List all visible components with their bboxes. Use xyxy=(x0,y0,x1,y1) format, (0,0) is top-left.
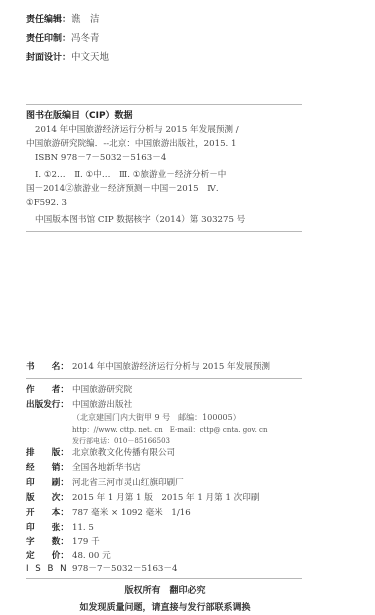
cip-record: 中国版本图书馆 CIP 数据核字（2014）第 303275 号 xyxy=(35,214,245,226)
credit-value: 冯冬青 xyxy=(71,33,100,44)
footer-rule xyxy=(26,578,302,579)
edition-row: 版 次：2015 年 1 月第 1 版 2015 年 1 月第 1 次印刷 xyxy=(26,492,259,504)
field-value: 河北省三河市灵山红旗印刷厂 xyxy=(72,478,184,488)
quality-notice: 如发现质量问题，请直接与发行部联系调换 xyxy=(0,600,330,613)
field-value: 48. 00 元 xyxy=(72,551,111,561)
field-value: 中国旅游研究院 xyxy=(72,385,132,395)
field-label: 出版发行： xyxy=(26,399,72,411)
cip-line: 2014 年中国旅游经济运行分析与 2015 年发展预测 / xyxy=(35,124,239,136)
cip-line: 中国旅游研究院编．--北京：中国旅游出版社，2015. 1 xyxy=(26,138,237,150)
isbn-row: I S B N978－7－5032－5163－4 xyxy=(26,563,177,575)
field-value: 全国各地新华书店 xyxy=(72,463,141,473)
field-label: 版 次： xyxy=(26,492,72,504)
field-value: 2014 年中国旅游经济运行分析与 2015 年发展预测 xyxy=(72,362,270,372)
typesetting-row: 排 版：北京旅教文化传播有限公司 xyxy=(26,447,175,459)
field-value: 北京旅教文化传播有限公司 xyxy=(72,448,175,458)
cip-bottom-rule xyxy=(26,231,302,232)
format-row: 开 本：787 毫米 × 1092 毫米 1/16 xyxy=(26,507,191,519)
publisher-web: http：//www. cttp. net. cn E-mail：cttp@ c… xyxy=(72,425,267,435)
cip-line: Ⅰ. ①2… Ⅱ. ①中… Ⅲ. ①旅游业－经济分析－中 xyxy=(35,169,226,181)
field-label: 定 价： xyxy=(26,550,72,562)
field-label: I S B N xyxy=(26,563,72,575)
printer-row: 印 刷：河北省三河市灵山红旗印刷厂 xyxy=(26,477,184,489)
publisher-address: （北京建国门内大街甲 9 号 邮编：100005） xyxy=(72,413,241,423)
field-label: 字 数： xyxy=(26,536,72,548)
title-rule xyxy=(26,378,302,379)
author-row: 作 者：中国旅游研究院 xyxy=(26,384,132,396)
cip-line: 国－2014②旅游业－经济预测－中国－2015 Ⅳ. xyxy=(26,183,219,195)
field-value: 179 千 xyxy=(72,537,100,547)
distribution-row: 经 销：全国各地新华书店 xyxy=(26,462,141,474)
credit-label: 责任编辑： xyxy=(26,15,71,25)
credit-editor: 责任编辑：谯 洁 xyxy=(26,14,100,26)
copyright-notice: 版权所有 翻印必究 xyxy=(0,583,330,596)
field-value: 中国旅游出版社 xyxy=(72,400,132,410)
cip-line: ①F592. 3 xyxy=(26,197,67,209)
cip-top-rule xyxy=(26,104,302,105)
field-label: 印 张： xyxy=(26,522,72,534)
field-label: 经 销： xyxy=(26,462,72,474)
field-value: 2015 年 1 月第 1 版 2015 年 1 月第 1 次印刷 xyxy=(72,493,259,503)
field-label: 印 刷： xyxy=(26,477,72,489)
credit-value: 中文天地 xyxy=(71,52,109,63)
publisher-row: 出版发行：中国旅游出版社 xyxy=(26,399,132,411)
cip-heading: 图书在版编目（CIP）数据 xyxy=(26,108,133,121)
cip-line: ISBN 978－7－5032－5163－4 xyxy=(35,152,166,164)
credit-value: 谯 洁 xyxy=(71,14,100,25)
credit-printing: 责任印制：冯冬青 xyxy=(26,33,100,45)
publisher-phone: 发行部电话：010－85166503 xyxy=(72,436,170,446)
sheets-row: 印 张：11. 5 xyxy=(26,522,94,534)
field-label: 开 本： xyxy=(26,507,72,519)
field-label: 作 者： xyxy=(26,384,72,396)
field-value: 978－7－5032－5163－4 xyxy=(72,564,177,574)
field-value: 787 毫米 × 1092 毫米 1/16 xyxy=(72,508,191,518)
word-count-row: 字 数：179 千 xyxy=(26,536,100,548)
price-row: 定 价：48. 00 元 xyxy=(26,550,111,562)
book-title-row: 书 名：2014 年中国旅游经济运行分析与 2015 年发展预测 xyxy=(26,361,270,373)
credit-cover-design: 封面设计：中文天地 xyxy=(26,52,109,64)
field-value: 11. 5 xyxy=(72,523,94,533)
field-label: 书 名： xyxy=(26,361,72,373)
credit-label: 封面设计： xyxy=(26,53,71,63)
field-label: 排 版： xyxy=(26,447,72,459)
credit-label: 责任印制： xyxy=(26,34,71,44)
